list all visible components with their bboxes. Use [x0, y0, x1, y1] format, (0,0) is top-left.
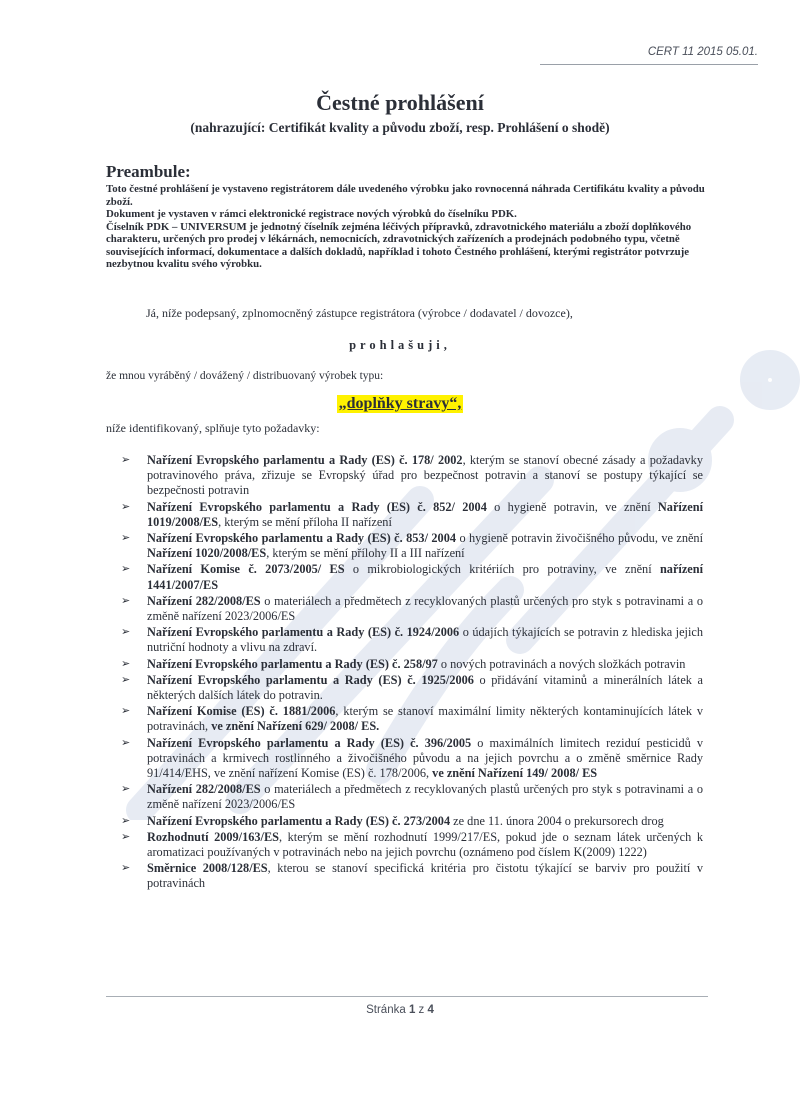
product-type: „doplňky stravy“, — [337, 395, 464, 413]
regulation-name: Nařízení Komise (ES) č. 1881/2006 — [147, 704, 335, 718]
preamble-paragraph: Dokument je vystaven v rámci elektronick… — [106, 208, 726, 221]
regulation-name: Nařízení Evropského parlamentu a Rady (E… — [147, 657, 438, 671]
preamble-heading: Preambule: — [106, 162, 191, 182]
requirement-item: ➢Nařízení Evropského parlamentu a Rady (… — [121, 673, 703, 703]
regulation-name: Nařízení Evropského parlamentu a Rady (E… — [147, 814, 450, 828]
requirement-item: ➢Směrnice 2008/128/ES, kterou se stanoví… — [121, 861, 703, 891]
document-subtitle: (nahrazující: Certifikát kvality a původ… — [0, 120, 800, 136]
requirement-item: ➢Nařízení Komise (ES) č. 1881/2006, kter… — [121, 704, 703, 734]
page-label: Stránka — [366, 1004, 409, 1016]
amendment-name: ve znění Nařízení 629/ 2008/ ES. — [211, 719, 379, 733]
product-intro: že mnou vyráběný / dovážený / distribuov… — [106, 370, 383, 382]
requirement-item: ➢Rozhodnutí 2009/163/ES, kterým se mění … — [121, 830, 703, 860]
regulation-name: Nařízení 282/2008/ES — [147, 594, 261, 608]
requirement-item: ➢Nařízení Evropského parlamentu a Rady (… — [121, 453, 703, 499]
arrow-bullet-icon: ➢ — [121, 531, 130, 546]
regulation-name: Nařízení Evropského parlamentu a Rady (E… — [147, 531, 456, 545]
amendment-name: Nařízení 1020/2008/ES — [147, 546, 266, 560]
regulation-name: Nařízení 282/2008/ES — [147, 782, 261, 796]
regulation-description: o mikrobiologických kritériích pro potra… — [345, 562, 660, 576]
total-pages: 4 — [427, 1004, 433, 1016]
arrow-bullet-icon: ➢ — [121, 562, 130, 577]
regulation-description: ze dne 11. února 2004 o prekursorech dro… — [450, 814, 664, 828]
product-type-wrapper: „doplňky stravy“, — [0, 395, 800, 413]
arrow-bullet-icon: ➢ — [121, 736, 130, 751]
arrow-bullet-icon: ➢ — [121, 657, 130, 672]
arrow-bullet-icon: ➢ — [121, 453, 130, 468]
requirement-item: ➢Nařízení Komise č. 2073/2005/ ES o mikr… — [121, 562, 703, 592]
requirement-item: ➢Nařízení Evropského parlamentu a Rady (… — [121, 531, 703, 561]
preamble-paragraph: Toto čestné prohlášení je vystaveno regi… — [106, 183, 726, 208]
requirement-item: ➢Nařízení Evropského parlamentu a Rady (… — [121, 625, 703, 655]
requirement-item: ➢Nařízení Evropského parlamentu a Rady (… — [121, 657, 703, 672]
arrow-bullet-icon: ➢ — [121, 625, 130, 640]
preamble-body: Toto čestné prohlášení je vystaveno regi… — [106, 183, 726, 271]
amendment-description: , kterým se mění přílohy II a III naříze… — [266, 546, 464, 560]
page-separator: z — [415, 1004, 427, 1016]
regulation-description: o hygieně potravin živočišného původu, v… — [456, 531, 703, 545]
requirement-item: ➢Nařízení Evropského parlamentu a Rady (… — [121, 736, 703, 782]
arrow-bullet-icon: ➢ — [121, 830, 130, 845]
requirements-list: ➢Nařízení Evropského parlamentu a Rady (… — [121, 453, 703, 893]
arrow-bullet-icon: ➢ — [121, 500, 130, 515]
arrow-bullet-icon: ➢ — [121, 861, 130, 876]
arrow-bullet-icon: ➢ — [121, 782, 130, 797]
regulation-description: o nových potravinách a nových složkách p… — [438, 657, 686, 671]
requirement-item: ➢Nařízení Evropského parlamentu a Rady (… — [121, 814, 703, 829]
arrow-bullet-icon: ➢ — [121, 673, 130, 688]
amendment-description: , kterým se mění příloha II nařízení — [218, 515, 392, 529]
requirement-item: ➢Nařízení Evropského parlamentu a Rady (… — [121, 500, 703, 530]
regulation-name: Směrnice 2008/128/ES — [147, 861, 268, 875]
requirement-item: ➢Nařízení 282/2008/ES o materiálech a př… — [121, 594, 703, 624]
regulation-name: Nařízení Evropského parlamentu a Rady (E… — [147, 736, 471, 750]
requirements-intro: níže identifikovaný, splňuje tyto požada… — [106, 421, 320, 436]
amendment-name: ve znění Nařízení 149/ 2008/ ES — [432, 766, 597, 780]
regulation-name: Nařízení Evropského parlamentu a Rady (E… — [147, 453, 463, 467]
document-reference: CERT 11 2015 05.01. — [540, 46, 758, 58]
regulation-name: Nařízení Evropského parlamentu a Rady (E… — [147, 500, 487, 514]
regulation-name: Rozhodnutí 2009/163/ES — [147, 830, 279, 844]
statement-intro: Já, níže podepsaný, zplnomocněný zástupc… — [146, 306, 573, 321]
header-divider — [540, 64, 758, 65]
document-title: Čestné prohlášení — [0, 90, 800, 116]
regulation-description: o hygieně potravin, ve znění — [487, 500, 658, 514]
requirement-item: ➢Nařízení 282/2008/ES o materiálech a př… — [121, 782, 703, 812]
footer-divider — [106, 996, 708, 997]
regulation-name: Nařízení Evropského parlamentu a Rady (E… — [147, 625, 459, 639]
regulation-name: Nařízení Komise č. 2073/2005/ ES — [147, 562, 345, 576]
regulation-name: Nařízení Evropského parlamentu a Rady (E… — [147, 673, 474, 687]
arrow-bullet-icon: ➢ — [121, 704, 130, 719]
arrow-bullet-icon: ➢ — [121, 814, 130, 829]
page-indicator: Stránka 1 z 4 — [0, 1004, 800, 1016]
preamble-paragraph: Číselník PDK – UNIVERSUM je jednotný čís… — [106, 221, 726, 271]
declaration-word: prohlašuji, — [0, 338, 800, 353]
arrow-bullet-icon: ➢ — [121, 594, 130, 609]
